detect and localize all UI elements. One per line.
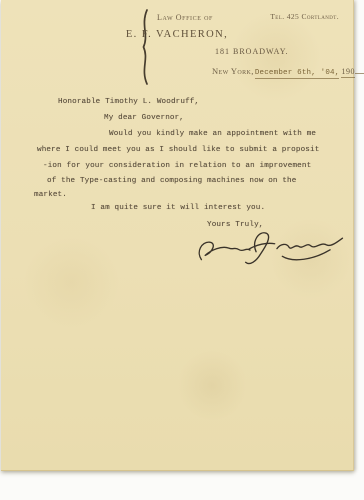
letter-paper: Law Office of Tel. 425 Cortlandt. E. F. … — [1, 0, 354, 471]
body-line: I am quite sure it will interest you. — [91, 204, 265, 212]
year-blank-line — [355, 65, 364, 74]
dateline: New York,December 6th, '04,190 — [212, 61, 364, 79]
recipient-line: Honorable Timothy L. Woodruff, — [58, 98, 199, 106]
salutation-line: My dear Governor, — [104, 114, 184, 122]
letterhead: Law Office of Tel. 425 Cortlandt. E. F. … — [1, 0, 353, 95]
body-line: market. — [34, 191, 67, 199]
office-label: Law Office of — [157, 13, 213, 22]
handwritten-signature — [193, 223, 347, 277]
street-address: 181 BROADWAY. — [215, 47, 288, 56]
city-label: New York, — [212, 66, 254, 76]
telephone-number: Tel. 425 Cortlandt. — [270, 12, 339, 21]
printed-year: 190 — [341, 67, 355, 78]
body-line: of the Type-casting and composing machin… — [47, 177, 296, 185]
body-line: where I could meet you as I should like … — [37, 146, 319, 154]
firm-name: E. F. VACHERON, — [1, 29, 353, 40]
typed-date: December 6th, '04, — [255, 69, 340, 79]
body-line: Would you kindly make an appointment wit… — [109, 130, 316, 138]
body-line: -ion for your consideration in relation … — [43, 162, 311, 170]
vertical-brace-icon — [138, 9, 152, 85]
scan-background: Law Office of Tel. 425 Cortlandt. E. F. … — [0, 0, 364, 500]
